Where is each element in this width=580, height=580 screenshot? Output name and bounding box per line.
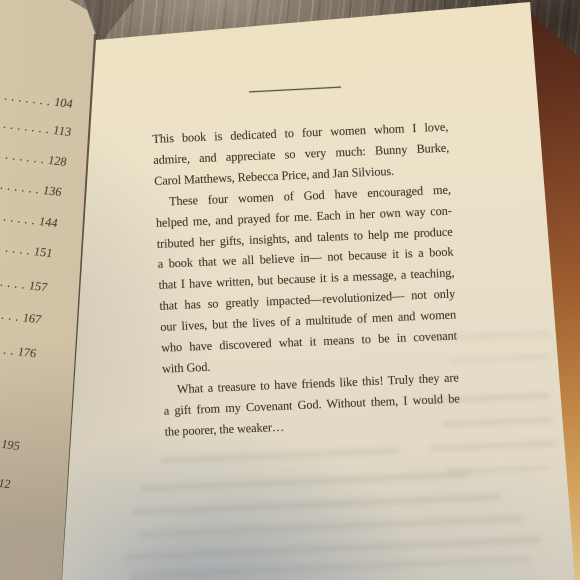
ghost-text-smudge <box>140 471 470 492</box>
toc-entry: 195 <box>0 437 21 454</box>
toc-page-number: 176 <box>16 344 37 360</box>
ghost-text-smudge <box>160 447 400 464</box>
toc-entry: . . . . . . . . . 104 <box>0 87 74 112</box>
toc-page-number: 151 <box>33 244 54 260</box>
toc-page-number: 104 <box>53 95 74 111</box>
toc-page-number: 195 <box>0 437 21 453</box>
toc-page-number: 167 <box>21 310 42 326</box>
toc-leader-dots: . . . . . . . . . <box>0 87 56 109</box>
toc-page-number: 157 <box>28 278 49 294</box>
toc-entry: . . . . 167 <box>0 307 43 327</box>
toc-page-number: 144 <box>38 214 59 230</box>
toc-leader-dots: . . . . <box>0 307 24 324</box>
toc-entry: . . . . 176 <box>0 341 38 361</box>
dedication-text: This book is dedicated to four women who… <box>152 117 461 443</box>
toc-page-number: 136 <box>42 183 63 199</box>
toc-page-number: 113 <box>52 123 73 139</box>
toc-entry: 12 <box>0 476 12 492</box>
ghost-text-smudge <box>450 354 550 363</box>
toc-entry: . . . . . . . 136 <box>0 177 63 200</box>
book-photo: . . . . . . . . . 104 . . . . . . . . 11… <box>0 0 580 580</box>
toc-leader-dots: . . . . . . . <box>0 208 41 228</box>
ghost-text-smudge <box>132 493 502 515</box>
toc-entry: . . . . . 157 <box>0 274 49 295</box>
toc-page-number: 128 <box>47 153 68 169</box>
toc-entry: . . . . . . . . 113 <box>0 116 73 140</box>
toc-entry: . . . . . . . 144 <box>0 208 59 231</box>
toc-entry: . . . . . . . . 128 <box>0 146 68 170</box>
toc-leader-dots: . . . . . . . <box>0 177 45 197</box>
ghost-text-smudge <box>430 440 556 451</box>
toc-leader-dots: . . . . . . <box>0 239 36 258</box>
ghost-text-smudge <box>138 515 523 538</box>
toc-leader-dots: . . . . . . . . <box>0 146 50 167</box>
toc-page-number: 12 <box>0 476 12 491</box>
ghost-text-smudge <box>130 556 530 580</box>
toc-leader-dots: . . . . . . . . <box>0 116 55 137</box>
divider-rule <box>249 87 341 93</box>
toc-entry: . . . . . . 151 <box>0 239 54 261</box>
toc-leader-dots: . . . . . <box>0 274 30 292</box>
